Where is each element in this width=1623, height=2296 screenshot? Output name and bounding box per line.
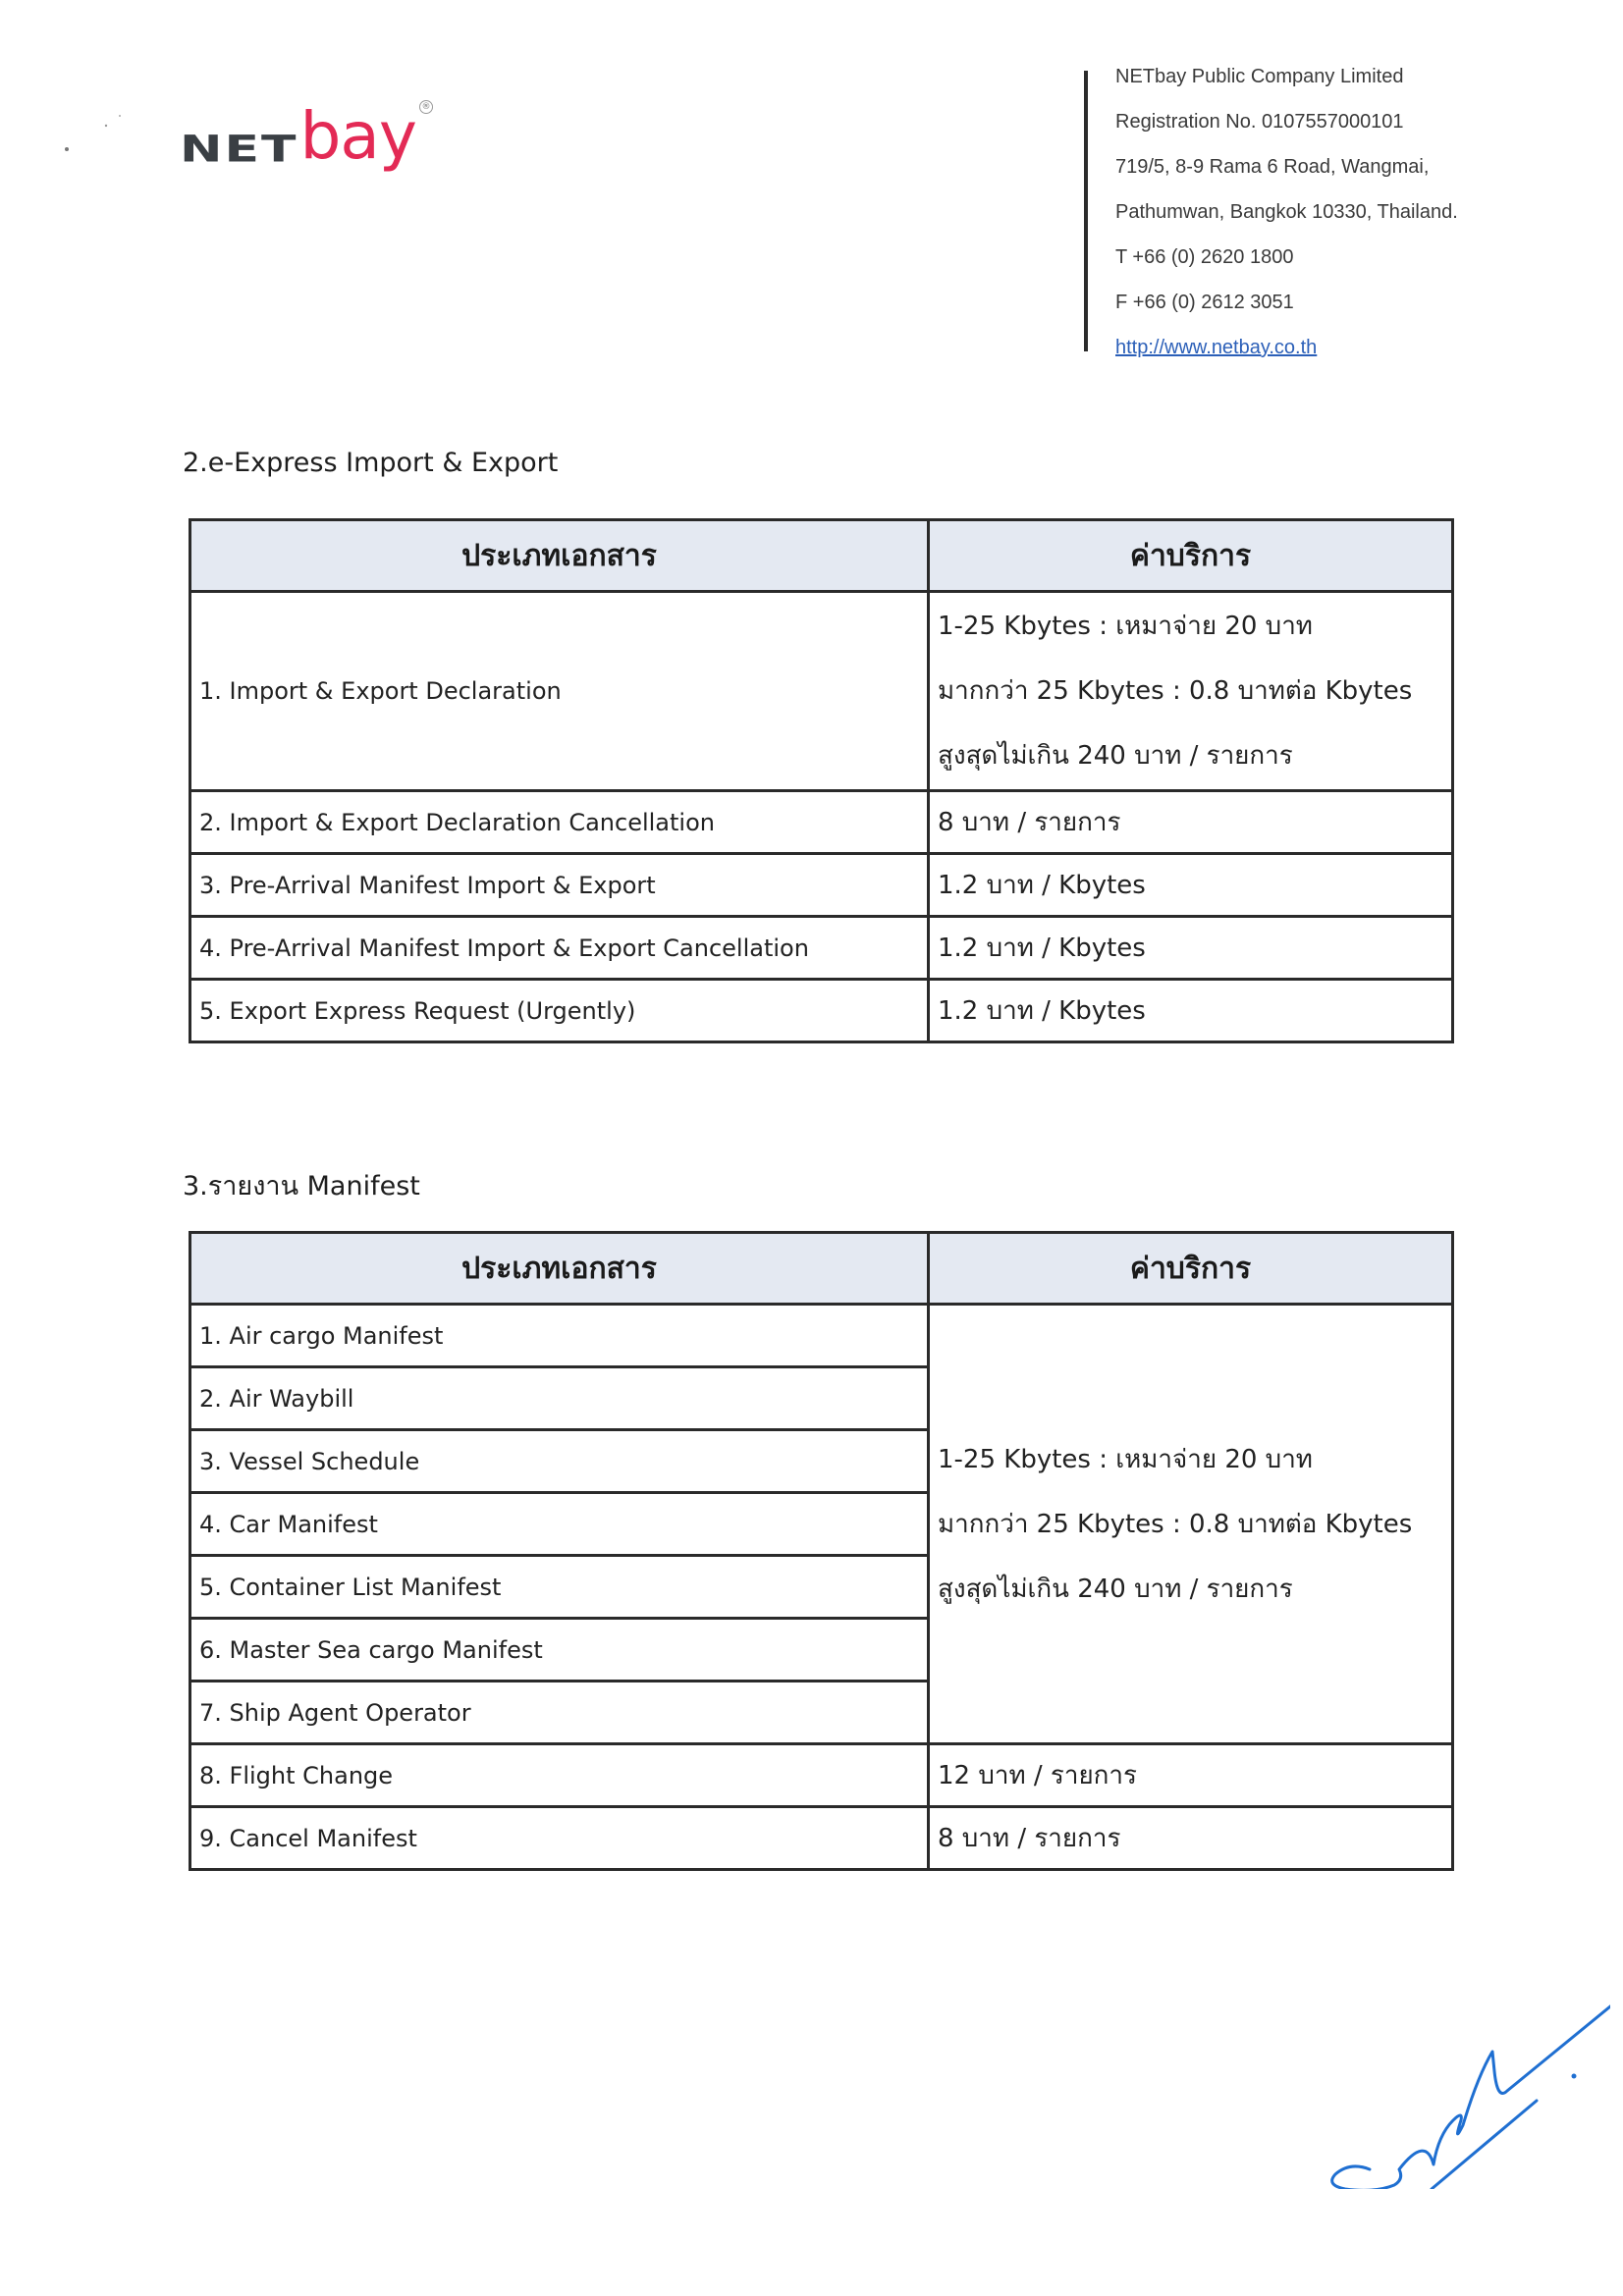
document-cell: 4. Pre-Arrival Manifest Import & Export … — [190, 917, 929, 980]
fee-cell: 1.2 บาท / Kbytes — [929, 917, 1453, 980]
fee-line: มากกว่า 25 Kbytes : 0.8 บาทต่อ Kbytes — [938, 1492, 1443, 1557]
fee-cell: 1.2 บาท / Kbytes — [929, 854, 1453, 917]
table-row: 2. Import & Export Declaration Cancellat… — [190, 791, 1453, 854]
fee-line: 1-25 Kbytes : เหมาจ่าย 20 บาท — [938, 594, 1443, 659]
fee-line: 1-25 Kbytes : เหมาจ่าย 20 บาท — [938, 1427, 1443, 1492]
document-cell: 2. Import & Export Declaration Cancellat… — [190, 791, 929, 854]
section-title-manifest: 3.รายงาน Manifest — [183, 1164, 420, 1206]
document-cell: 4. Car Manifest — [190, 1493, 929, 1556]
header-document-type: ประเภทเอกสาร — [190, 1233, 929, 1305]
fee-cell: 8 บาท / รายการ — [929, 1807, 1453, 1870]
document-cell: 5. Export Express Request (Urgently) — [190, 980, 929, 1042]
website-link[interactable]: http://www.netbay.co.th — [1115, 337, 1317, 358]
table-header-row: ประเภทเอกสาร ค่าบริการ — [190, 1233, 1453, 1305]
manifest-fee-table: ประเภทเอกสาร ค่าบริการ 1. Air cargo Mani… — [189, 1231, 1454, 1871]
table-row: 1. Air cargo Manifest 1-25 Kbytes : เหมา… — [190, 1305, 1453, 1367]
fee-cell: 8 บาท / รายการ — [929, 791, 1453, 854]
document-cell: 1. Import & Export Declaration — [190, 592, 929, 791]
document-cell: 8. Flight Change — [190, 1744, 929, 1807]
fee-cell: 1.2 บาท / Kbytes — [929, 980, 1453, 1042]
header-fee: ค่าบริการ — [929, 1233, 1453, 1305]
table-row: 9. Cancel Manifest 8 บาท / รายการ — [190, 1807, 1453, 1870]
document-cell: 7. Ship Agent Operator — [190, 1682, 929, 1744]
company-contact-block: NETbay Public Company Limited Registrati… — [1084, 71, 1458, 351]
header-fee: ค่าบริการ — [929, 520, 1453, 592]
document-cell: 3. Vessel Schedule — [190, 1430, 929, 1493]
table-row: 8. Flight Change 12 บาท / รายการ — [190, 1744, 1453, 1807]
address-line-1: 719/5, 8-9 Rama 6 Road, Wangmai, — [1115, 153, 1458, 198]
document-cell: 6. Master Sea cargo Manifest — [190, 1619, 929, 1682]
document-cell: 2. Air Waybill — [190, 1367, 929, 1430]
fax-number: F +66 (0) 2612 3051 — [1115, 289, 1458, 334]
scan-artifact-icon — [49, 98, 128, 157]
address-line-2: Pathumwan, Bangkok 10330, Thailand. — [1115, 198, 1458, 243]
registered-mark-icon: ® — [419, 100, 433, 114]
table-row: 4. Pre-Arrival Manifest Import & Export … — [190, 917, 1453, 980]
fee-cell: 1-25 Kbytes : เหมาจ่าย 20 บาท มากกว่า 25… — [929, 592, 1453, 791]
table-row: 3. Pre-Arrival Manifest Import & Export … — [190, 854, 1453, 917]
grouped-fee-cell: 1-25 Kbytes : เหมาจ่าย 20 บาท มากกว่า 25… — [929, 1305, 1453, 1744]
fee-line: สูงสุดไม่เกิน 240 บาท / รายการ — [938, 1557, 1443, 1622]
fee-line: สูงสุดไม่เกิน 240 บาท / รายการ — [938, 723, 1443, 788]
e-express-fee-table: ประเภทเอกสาร ค่าบริการ 1. Import & Expor… — [189, 518, 1454, 1043]
logo-bay-text: bay — [300, 98, 416, 174]
table-row: 5. Export Express Request (Urgently) 1.2… — [190, 980, 1453, 1042]
fee-cell: 12 บาท / รายการ — [929, 1744, 1453, 1807]
header-document-type: ประเภทเอกสาร — [190, 520, 929, 592]
fee-line: มากกว่า 25 Kbytes : 0.8 บาทต่อ Kbytes — [938, 659, 1443, 723]
section-title-e-express: 2.e-Express Import & Export — [183, 448, 558, 478]
document-cell: 9. Cancel Manifest — [190, 1807, 929, 1870]
handwritten-signature-icon — [1316, 1953, 1610, 2189]
document-cell: 1. Air cargo Manifest — [190, 1305, 929, 1367]
company-name: NETbay Public Company Limited — [1115, 63, 1458, 108]
document-cell: 5. Container List Manifest — [190, 1556, 929, 1619]
netbay-logo: NET bay ® — [180, 98, 416, 177]
phone-number: T +66 (0) 2620 1800 — [1115, 243, 1458, 289]
table-row: 1. Import & Export Declaration 1-25 Kbyt… — [190, 592, 1453, 791]
table-header-row: ประเภทเอกสาร ค่าบริการ — [190, 520, 1453, 592]
registration-number: Registration No. 0107557000101 — [1115, 108, 1458, 153]
logo-net-text: NET — [180, 129, 298, 171]
document-cell: 3. Pre-Arrival Manifest Import & Export — [190, 854, 929, 917]
